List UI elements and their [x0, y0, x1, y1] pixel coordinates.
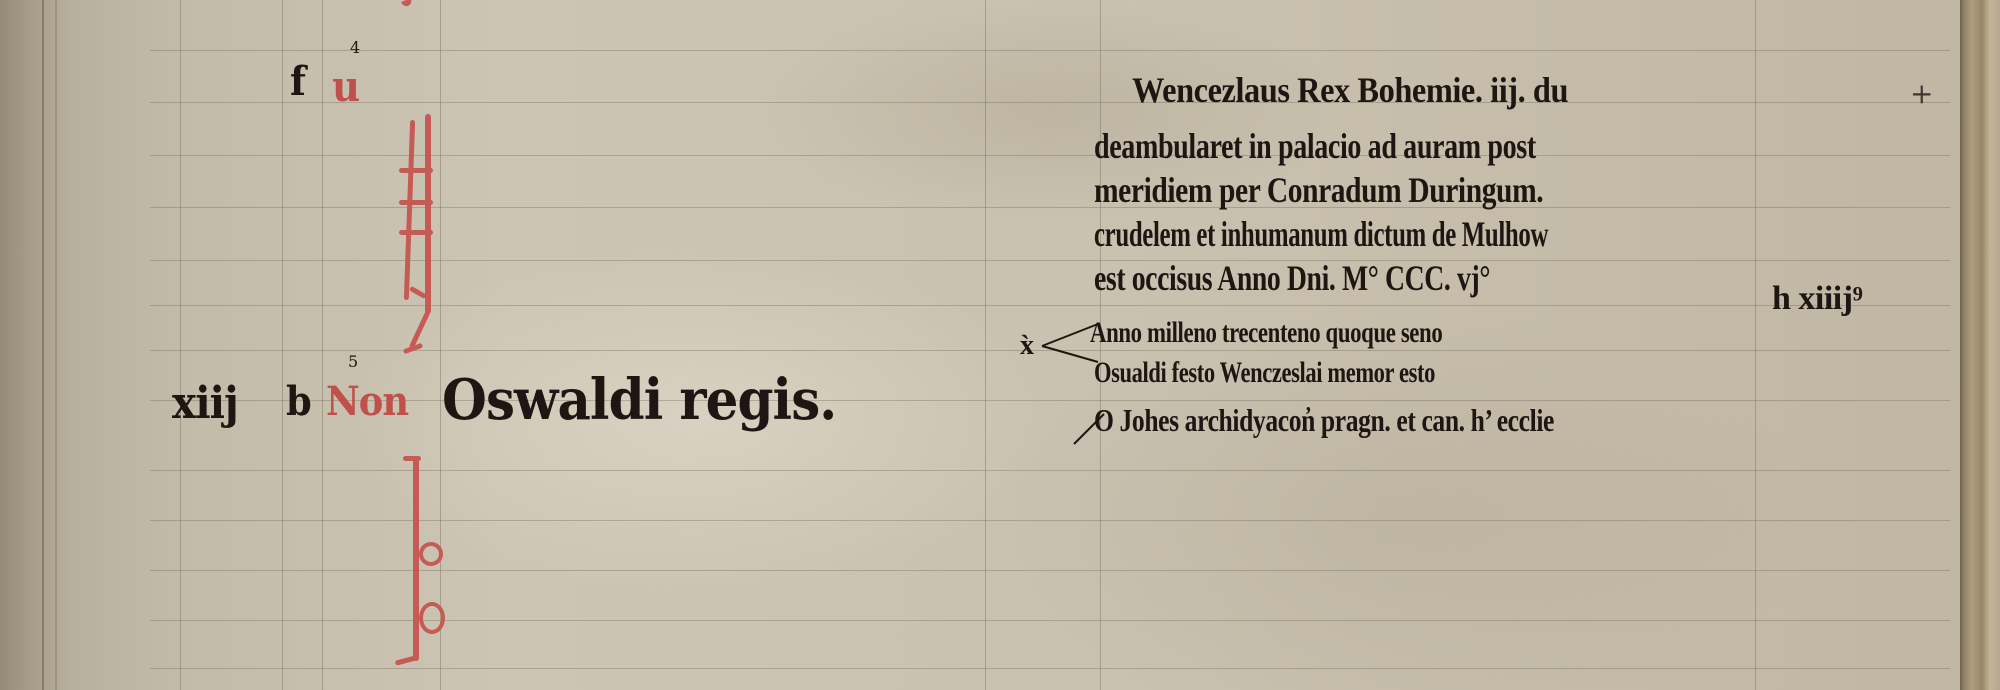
parchment-page: f u 4 xiij b Non 5 Oswaldi regis. Wencez…	[0, 0, 2000, 690]
note-line-1: Wencezlaus Rex Bohemie. iij. du	[1132, 72, 1568, 108]
binding-gutter	[0, 0, 70, 690]
verse-marker: x̀	[1020, 332, 1034, 360]
gutter-crease-2	[55, 0, 57, 690]
verse-line-1: Anno milleno trecenteno quoque seno	[1090, 318, 1442, 348]
rubric-flourish-lower	[395, 452, 445, 672]
corner-mark: +	[1910, 80, 1933, 108]
nones-marker: Non	[326, 382, 408, 422]
note-line-2: deambularet in palacio ad auram post	[1094, 128, 1536, 164]
margin-note: h xiiij⁹	[1772, 282, 1862, 316]
day-marker-superscript: 4	[350, 38, 360, 57]
ruling-column	[322, 0, 323, 690]
nones-superscript: 5	[348, 352, 358, 371]
gutter-crease	[42, 0, 44, 690]
ruling-line	[150, 102, 1950, 103]
page-edge-right	[1960, 0, 2000, 690]
day-marker-red: u	[332, 66, 359, 108]
feast-entry: Oswaldi regis.	[442, 372, 836, 428]
ruling-line	[150, 400, 1950, 401]
ruling-line	[150, 50, 1950, 51]
golden-number: xiij	[172, 382, 238, 426]
obit-line: O Johes archidyacon̓ pragn. et can. h’ e…	[1094, 404, 1554, 436]
dominical-letter-b: b	[286, 382, 311, 422]
ruling-column	[985, 0, 986, 690]
note-line-5: est occisus Anno Dni. M° CCC. vj°	[1094, 260, 1490, 296]
note-line-3: meridiem per Conradum Duringum.	[1094, 172, 1543, 208]
ruling-column	[1755, 0, 1756, 690]
dominical-letter-f: f	[290, 62, 305, 102]
note-line-4: crudelem et inhumanum dictum de Mulhow	[1094, 216, 1548, 252]
ruling-column	[282, 0, 283, 690]
verse-line-2: Osualdi festo Wenczeslai memor esto	[1094, 358, 1435, 388]
rubric-fragment	[401, 0, 412, 8]
ruling-column	[180, 0, 181, 690]
rubric-flourish-upper	[395, 110, 445, 360]
